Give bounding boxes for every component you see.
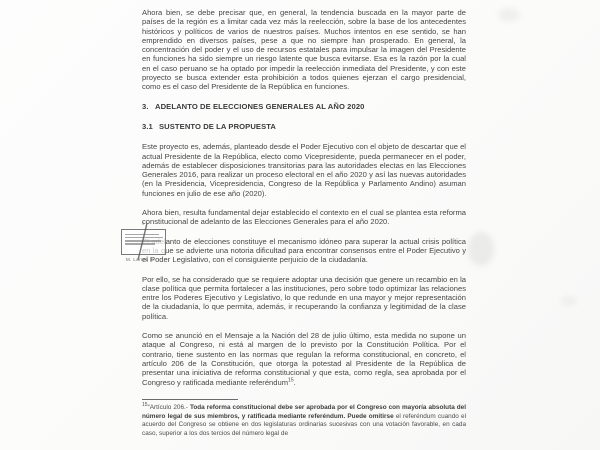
- footnote-article-label: “Artículo 206.-: [148, 404, 190, 411]
- footnote-separator: [142, 399, 238, 400]
- paragraph-adelanto: El adelanto de elecciones constituye el …: [142, 237, 466, 265]
- stamp-text-line: [125, 243, 155, 245]
- scan-smudge: [498, 8, 520, 22]
- scan-smudge: [468, 232, 494, 266]
- stamp-text-line: [125, 234, 159, 236]
- paragraph-period: .: [294, 378, 296, 387]
- scan-smudge: [560, 296, 578, 306]
- subsection-title: SUSTENTO DE LA PROPUESTA: [159, 122, 276, 131]
- stamp-text-line: [125, 240, 161, 242]
- stamp-top-mark: ⌑: [134, 222, 152, 228]
- official-stamp: ⌑ M. Larrea S.: [118, 222, 170, 264]
- scanned-document-page: Ahora bien, se debe precisar que, en gen…: [0, 0, 600, 450]
- paragraph-proyecto: Este proyecto es, además, planteado desd…: [142, 142, 466, 198]
- section-number: 3.: [142, 102, 155, 111]
- stamp-box: [121, 229, 166, 255]
- paragraph-contexto: Ahora bien, resulta fundamental dejar es…: [142, 208, 466, 227]
- section-heading: 3.ADELANTO DE ELECCIONES GENERALES AL AÑ…: [142, 102, 466, 111]
- subsection-number: 3.1: [142, 122, 159, 131]
- footnote-block: 15“Artículo 206.- Toda reforma constituc…: [142, 399, 466, 438]
- paragraph-reeleccion: Ahora bien, se debe precisar que, en gen…: [142, 8, 466, 92]
- stamp-text-line: [125, 237, 163, 239]
- paragraph-recambio: Por ello, se ha considerado que se requi…: [142, 275, 466, 321]
- stamp-signature: M. Larrea S.: [126, 257, 166, 262]
- paragraph-mensaje-nacion: Como se anunció en el Mensaje a la Nació…: [142, 331, 466, 387]
- footnote-text: 15“Artículo 206.- Toda reforma constituc…: [142, 404, 466, 438]
- subsection-heading: 3.1SUSTENTO DE LA PROPUESTA: [142, 122, 466, 131]
- paragraph-text: Como se anunció en el Mensaje a la Nació…: [142, 331, 466, 386]
- document-text-column: Ahora bien, se debe precisar que, en gen…: [142, 8, 466, 387]
- section-title: ADELANTO DE ELECCIONES GENERALES AL AÑO …: [155, 102, 364, 111]
